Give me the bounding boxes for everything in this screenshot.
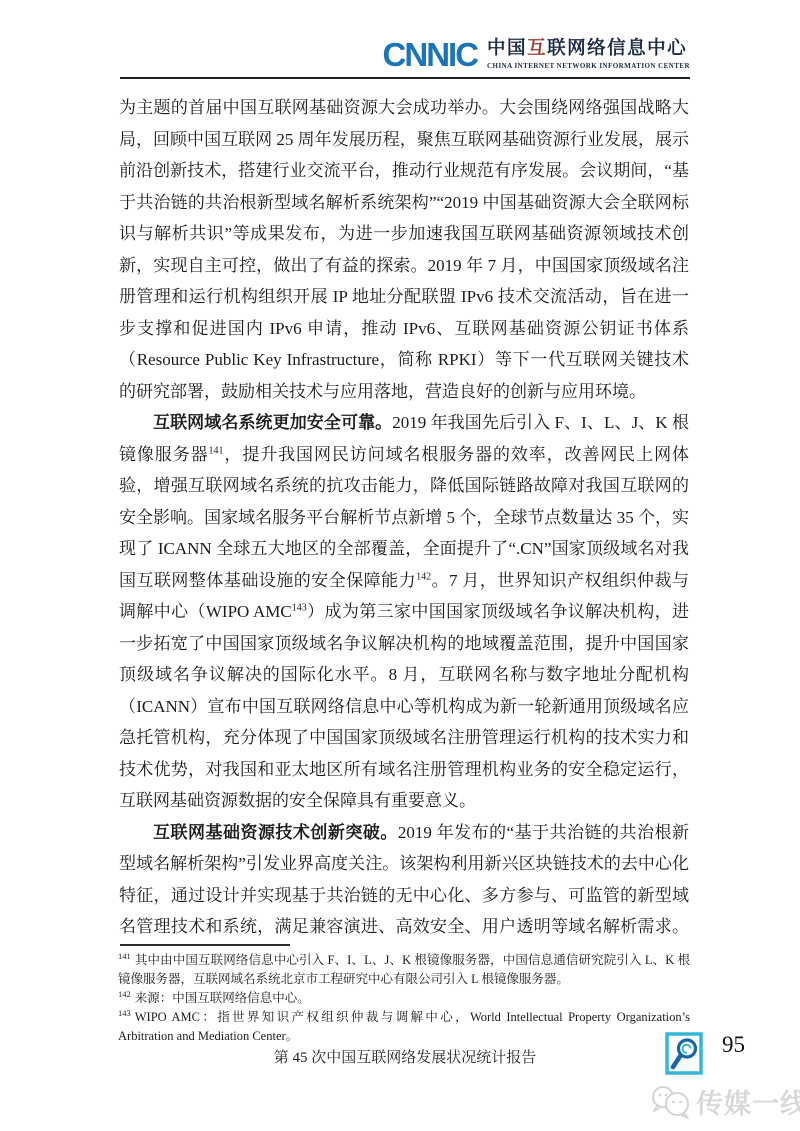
org-name-prefix: 中国 bbox=[487, 39, 527, 59]
text-segment: ，提升我国网民访问域名根服务器的效率，改善网民上网体验，增强互联网域名系统的抗攻… bbox=[119, 445, 689, 590]
header-divider bbox=[120, 77, 690, 79]
paragraph: 互联网域名系统更加安全可靠。2019 年我国先后引入 F、I、L、J、K 根镜像… bbox=[119, 407, 689, 817]
text-segment: ）成为第三家中国国家顶级域名争议解决机构，进一步拓宽了中国国家顶级域名争议解决机… bbox=[119, 602, 689, 810]
paragraph: 为主题的首届中国互联网基础资源大会成功举办。大会围绕网络强国战略大局，回顾中国互… bbox=[119, 92, 689, 407]
org-name-accent-char: 互 bbox=[527, 39, 547, 59]
page-number: 95 bbox=[722, 1032, 745, 1058]
footnote-reference: 143 bbox=[292, 602, 307, 613]
watermark-label: 传媒一线 bbox=[696, 1082, 800, 1121]
org-name-block: 中国互联网络信息中心 CHINA INTERNET NETWORK INFORM… bbox=[487, 39, 690, 70]
footnote-separator bbox=[120, 944, 290, 946]
footnote-marker: 142 bbox=[118, 989, 131, 999]
footnote: 142来源：中国互联网络信息中心。 bbox=[118, 989, 690, 1008]
text-segment: 为主题的首届中国互联网基础资源大会成功举办。大会围绕网络强国战略大局，回顾中国互… bbox=[119, 98, 689, 401]
body-text: 为主题的首届中国互联网基础资源大会成功举办。大会围绕网络强国战略大局，回顾中国互… bbox=[119, 92, 689, 940]
footnote-marker: 143 bbox=[118, 1008, 131, 1018]
footnote: 141其中由中国互联网络信息中心引入 F、I、L、J、K 根镜像服务器，中国信息… bbox=[118, 951, 690, 989]
footnote-marker: 141 bbox=[118, 951, 131, 961]
cnnic-logo: CNNIC bbox=[383, 38, 478, 72]
org-name-suffix: 联网络信息中心 bbox=[547, 39, 687, 59]
paragraph: 互联网基础资源技术创新突破。2019 年发布的“基于共治链的共治根新型域名解析架… bbox=[119, 817, 689, 941]
document-page: CNNIC 中国互联网络信息中心 CHINA INTERNET NETWORK … bbox=[0, 0, 800, 1131]
page-header: CNNIC 中国互联网络信息中心 CHINA INTERNET NETWORK … bbox=[383, 38, 690, 71]
wechat-icon bbox=[651, 1084, 691, 1120]
footnote-reference: 141 bbox=[209, 445, 224, 456]
footnote-text: 其中由中国互联网络信息中心引入 F、I、L、J、K 根镜像服务器，中国信息通信研… bbox=[118, 953, 690, 986]
org-name-chinese: 中国互联网络信息中心 bbox=[487, 39, 687, 60]
footnote-reference: 142 bbox=[416, 571, 431, 582]
footer-report-title: 第 45 次中国互联网络发展状况统计报告 bbox=[120, 1046, 690, 1067]
footnote-text: 来源：中国互联网络信息中心。 bbox=[135, 991, 310, 1005]
org-name-english: CHINA INTERNET NETWORK INFORMATION CENTE… bbox=[487, 62, 690, 70]
footnote: 143WIPO AMC：指世界知识产权组织仲裁与调解中心，World Intel… bbox=[118, 1008, 690, 1046]
magnifier-logo-icon bbox=[665, 1032, 703, 1075]
text-segment: 互联网域名系统更加安全可靠。 bbox=[153, 413, 392, 432]
watermark: 传媒一线 bbox=[651, 1082, 800, 1121]
footnote-text: WIPO AMC：指世界知识产权组织仲裁与调解中心，World Intellec… bbox=[118, 1010, 690, 1043]
footnotes: 141其中由中国互联网络信息中心引入 F、I、L、J、K 根镜像服务器，中国信息… bbox=[118, 951, 690, 1046]
text-segment: 互联网基础资源技术创新突破。 bbox=[153, 823, 398, 842]
